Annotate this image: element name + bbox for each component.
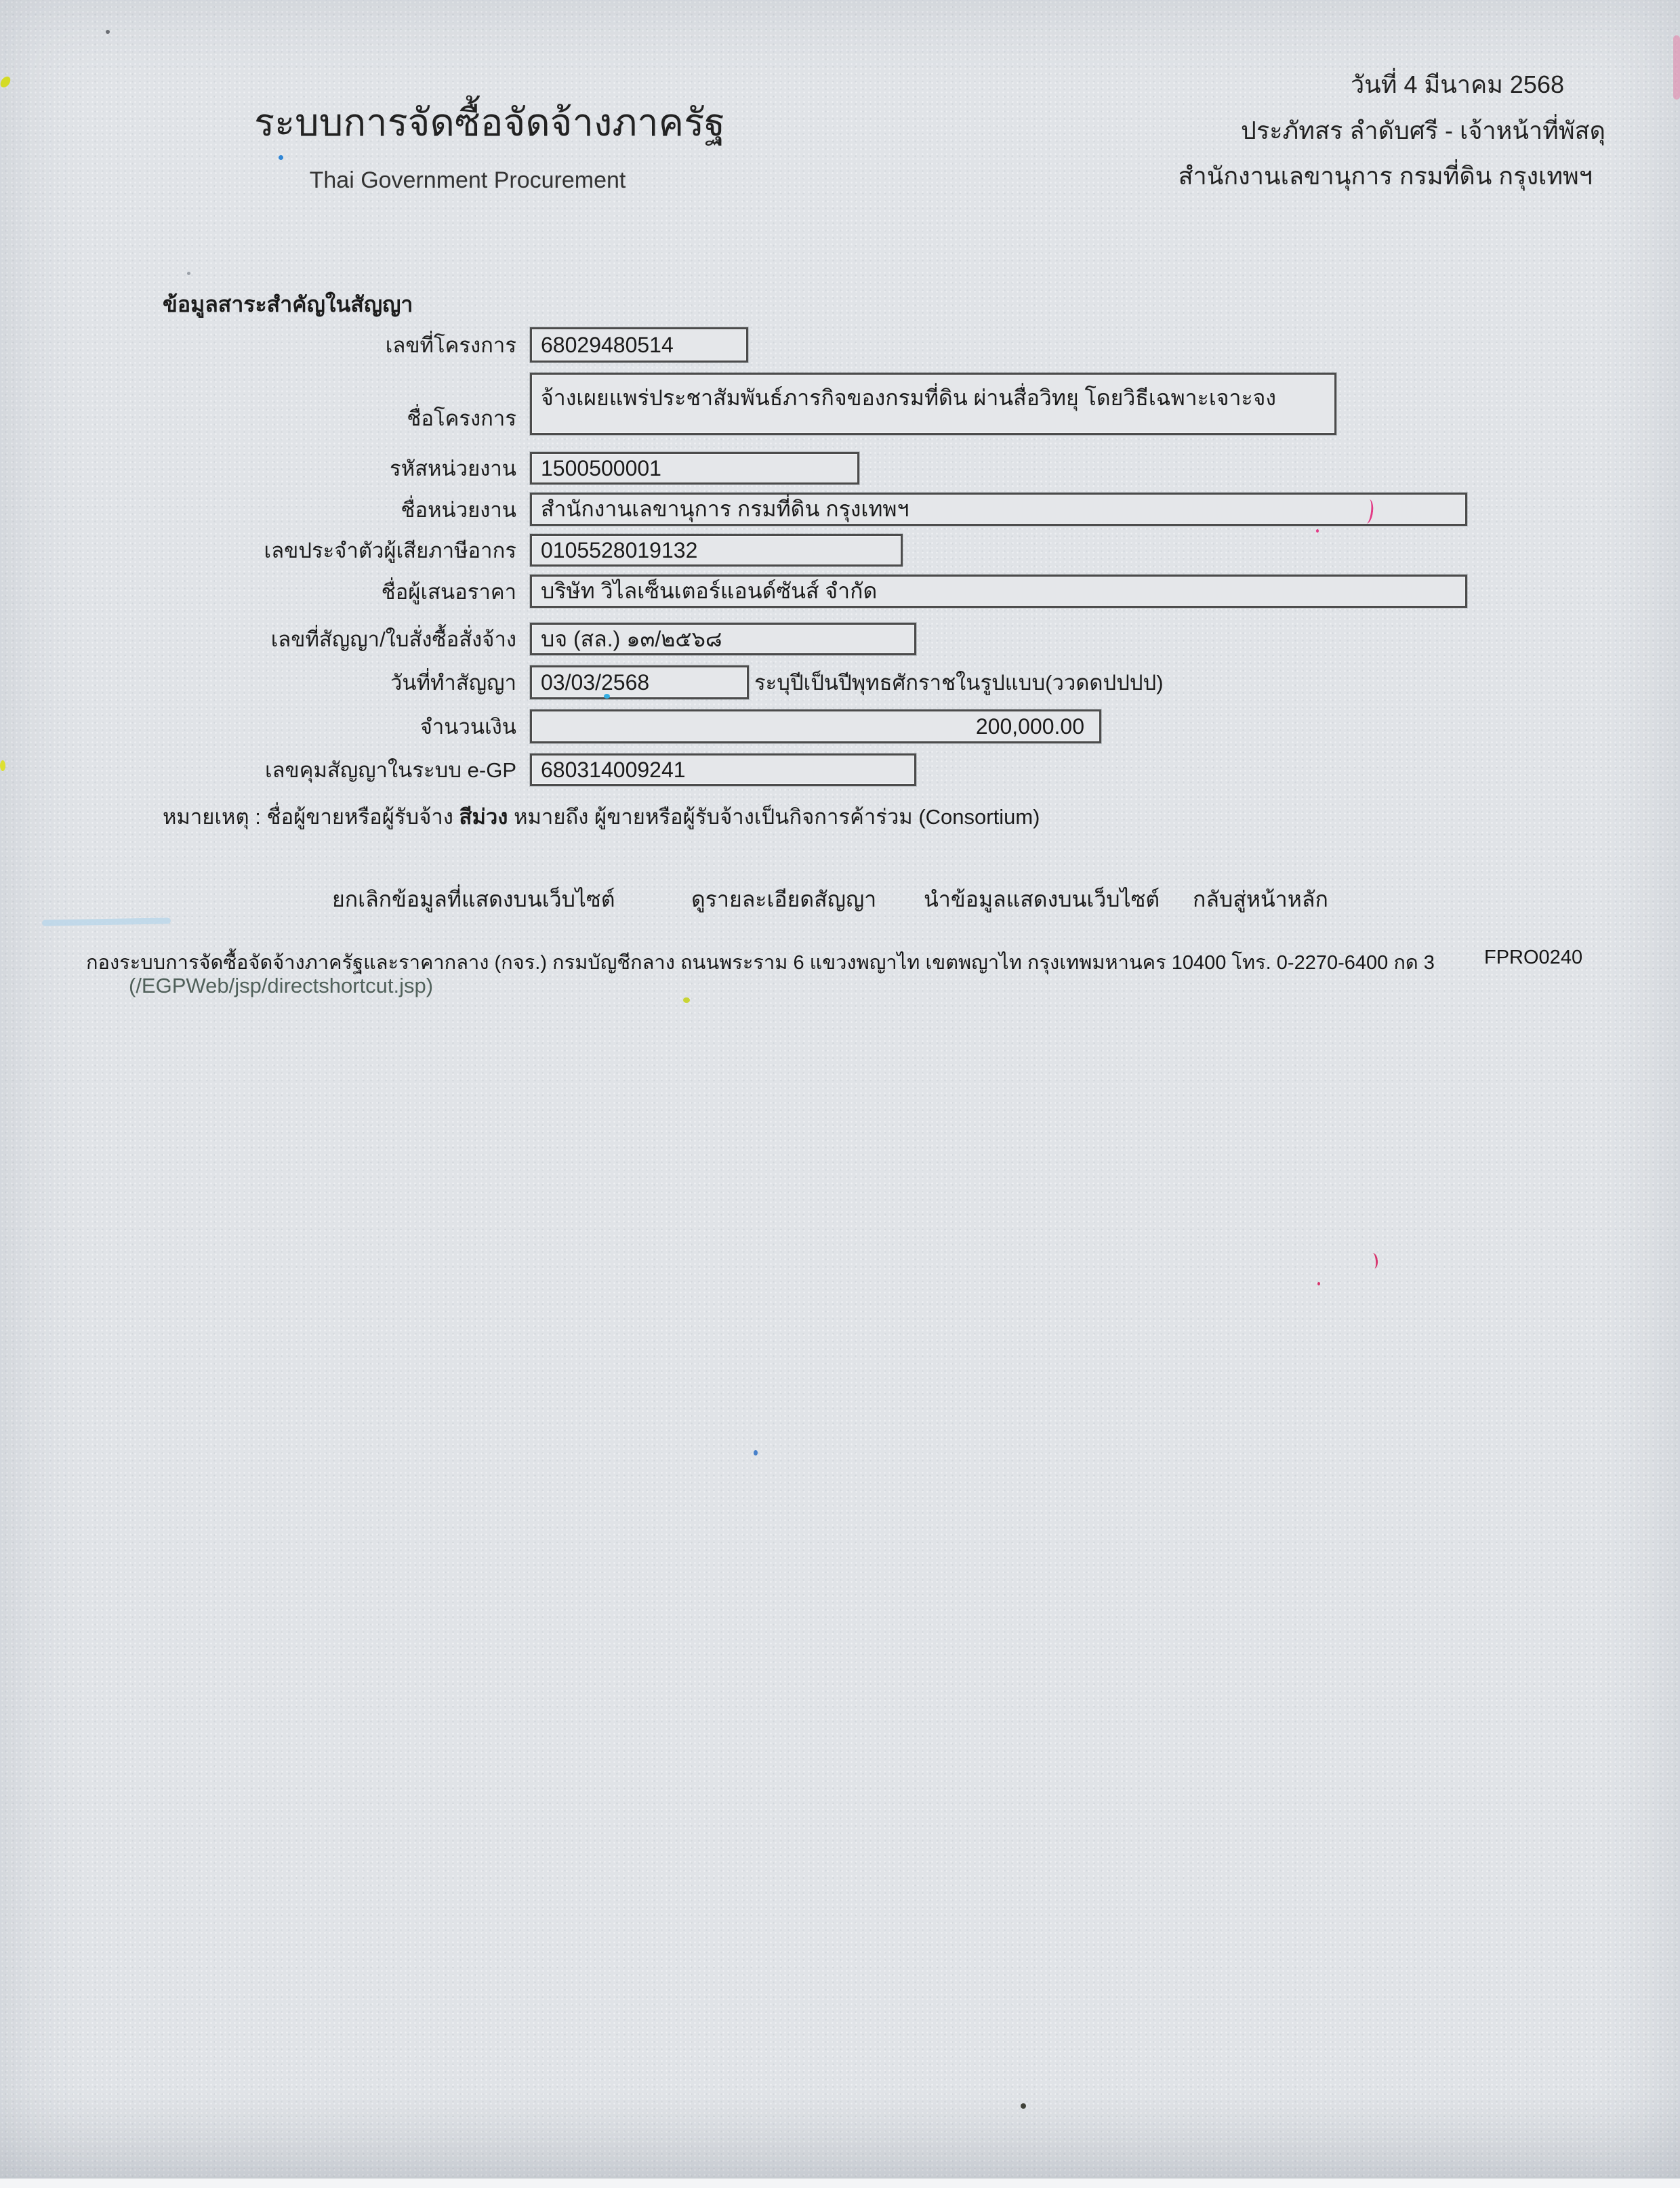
taxpayer-id-field[interactable]: 0105528019132: [530, 534, 903, 566]
paper-bottom-edge: [0, 2179, 1680, 2188]
footer-jsp-path: (/EGPWeb/jsp/directshortcut.jsp): [129, 974, 433, 998]
contract-date-value: 03/03/2568: [541, 670, 649, 695]
note-purple-word: สีม่วง: [459, 805, 508, 829]
print-date: วันที่ 4 มีนาคม 2568: [1351, 65, 1564, 104]
paper-bottom-shadow: [0, 2090, 1680, 2179]
scan-artifact-pink-dot: [1316, 529, 1319, 533]
bidder-name-field[interactable]: บริษัท วิไลเซ็นเตอร์แอนด์ซันส์ จำกัด: [530, 575, 1467, 608]
scan-artifact-yellow-speck-3: [683, 997, 690, 1003]
view-contract-detail-button[interactable]: ดูรายละเอียดสัญญา: [691, 882, 876, 917]
scanned-procurement-page: ระบบการจัดซื้อจัดจ้างภาครัฐ Thai Governm…: [0, 0, 1680, 2188]
row-agency-name: ชื่อหน่วยงาน สำนักงานเลขานุการ กรมที่ดิน…: [0, 493, 1680, 526]
scan-artifact-gray-dot: [187, 272, 190, 275]
bidder-name-value: บริษัท วิไลเซ็นเตอร์แอนด์ซันส์ จำกัด: [541, 574, 877, 608]
row-egp-control-number: เลขคุมสัญญาในระบบ e-GP 680314009241: [0, 754, 1680, 786]
agency-name-field[interactable]: สำนักงานเลขานุการ กรมที่ดิน กรุงเทพฯ: [530, 493, 1467, 526]
agency-name-value: สำนักงานเลขานุการ กรมที่ดิน กรุงเทพฯ: [541, 492, 909, 527]
project-number-value: 68029480514: [541, 333, 674, 358]
scan-artifact-pink-dot-2: [1317, 1282, 1320, 1285]
agency-code-value: 1500500001: [541, 456, 661, 481]
contract-number-field[interactable]: บจ (สล.) ๑๓/๒๕๖๘: [530, 623, 916, 655]
scan-artifact-blue-dot-2: [754, 1450, 758, 1456]
project-name-value: จ้างเผยแพร่ประชาสัมพันธ์ภารกิจของกรมที่ด…: [541, 381, 1276, 415]
contract-number-value: บจ (สล.) ๑๓/๒๕๖๘: [541, 622, 722, 657]
scan-artifact-blue-streak: [42, 917, 171, 926]
contract-date-label: วันที่ทำสัญญา: [0, 665, 516, 699]
project-number-field[interactable]: 68029480514: [530, 327, 748, 363]
bidder-name-label: ชื่อผู้เสนอราคา: [0, 575, 516, 608]
row-taxpayer-id: เลขประจำตัวผู้เสียภาษีอากร 0105528019132: [0, 534, 1680, 566]
scan-artifact-pink-edge-streak: [1673, 35, 1680, 100]
note-prefix: หมายเหตุ : ชื่อผู้ขายหรือผู้รับจ้าง: [163, 805, 459, 829]
amount-value: 200,000.00: [976, 714, 1084, 739]
egp-control-number-field[interactable]: 680314009241: [530, 754, 916, 786]
row-bidder-name: ชื่อผู้เสนอราคา บริษัท วิไลเซ็นเตอร์แอนด…: [0, 575, 1680, 608]
agency-code-label: รหัสหน่วยงาน: [0, 452, 516, 484]
footer-form-code: FPRO0240: [1484, 947, 1582, 969]
row-project-number: เลขที่โครงการ 68029480514: [0, 327, 1680, 363]
amount-field[interactable]: 200,000.00: [530, 709, 1101, 743]
scan-artifact-yellow-speck: [0, 75, 12, 89]
buddhist-year-format-hint: ระบุปีเป็นปีพุทธศักราชในรูปแบบ(ววดดปปปป): [754, 665, 1164, 699]
scan-artifact-blue-dot: [279, 155, 283, 160]
row-project-name: ชื่อโครงการ จ้างเผยแพร่ประชาสัมพันธ์ภารก…: [0, 373, 1680, 435]
agency-name-label: ชื่อหน่วยงาน: [0, 493, 516, 526]
scan-artifact-dark-dot: [106, 30, 110, 34]
taxpayer-id-label: เลขประจำตัวผู้เสียภาษีอากร: [0, 534, 516, 566]
taxpayer-id-value: 0105528019132: [541, 538, 697, 563]
amount-label: จำนวนเงิน: [0, 709, 516, 743]
user-name-role: ประภัทสร ลำดับศรี - เจ้าหน้าที่พัสดุ: [1241, 111, 1605, 150]
project-number-label: เลขที่โครงการ: [0, 327, 516, 363]
section-title-contract-summary: ข้อมูลสาระสำคัญในสัญญา: [163, 287, 413, 322]
row-contract-date: วันที่ทำสัญญา 03/03/2568 ระบุปีเป็นปีพุท…: [0, 665, 1680, 699]
app-title-thai: ระบบการจัดซื้อจัดจ้างภาครัฐ: [254, 92, 681, 152]
scan-artifact-dark-dot-2: [1021, 2103, 1026, 2109]
row-contract-number: เลขที่สัญญา/ใบสั่งซื้อสั่งจ้าง บจ (สล.) …: [0, 623, 1680, 655]
user-organization: สำนักงานเลขานุการ กรมที่ดิน กรุงเทพฯ: [1179, 157, 1593, 195]
note-suffix: หมายถึง ผู้ขายหรือผู้รับจ้างเป็นกิจการค้…: [508, 805, 1040, 829]
contract-number-label: เลขที่สัญญา/ใบสั่งซื้อสั่งจ้าง: [0, 623, 516, 655]
egp-control-number-label: เลขคุมสัญญาในระบบ e-GP: [0, 754, 516, 786]
agency-code-field[interactable]: 1500500001: [530, 452, 859, 484]
cancel-web-data-button[interactable]: ยกเลิกข้อมูลที่แสดงบนเว็บไซต์: [332, 882, 615, 917]
back-to-home-button[interactable]: กลับสู่หน้าหลัก: [1193, 882, 1328, 917]
scan-artifact-pink-mark-2: [1370, 1253, 1378, 1269]
publish-web-data-button[interactable]: นำข้อมูลแสดงบนเว็บไซต์: [924, 882, 1160, 917]
row-agency-code: รหัสหน่วยงาน 1500500001: [0, 452, 1680, 484]
contract-date-field[interactable]: 03/03/2568: [530, 665, 749, 699]
consortium-note: หมายเหตุ : ชื่อผู้ขายหรือผู้รับจ้าง สีม่…: [163, 800, 1040, 833]
project-name-field[interactable]: จ้างเผยแพร่ประชาสัมพันธ์ภารกิจของกรมที่ด…: [530, 373, 1336, 435]
row-amount: จำนวนเงิน 200,000.00: [0, 709, 1680, 743]
project-name-label: ชื่อโครงการ: [0, 373, 516, 442]
egp-control-number-value: 680314009241: [541, 758, 686, 783]
app-title-english: Thai Government Procurement: [254, 167, 681, 194]
